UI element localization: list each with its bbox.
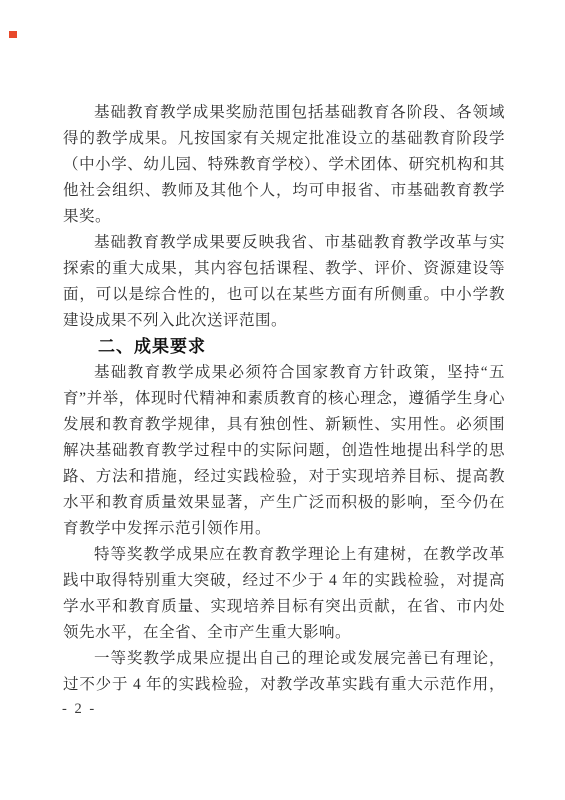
text-line: 探索的重大成果，其内容包括课程、教学、评价、资源建设等方 bbox=[63, 256, 505, 282]
text-line: 得的教学成果。凡按国家有关规定批准设立的基础教育阶段学校 bbox=[63, 126, 505, 152]
text-line: 学水平和教育质量、实现培养目标有突出贡献，在省、市内处于 bbox=[63, 594, 505, 620]
text-line: 解决基础教育教学过程中的实际问题，创造性地提出科学的思 bbox=[63, 438, 505, 464]
text-line: 特等奖教学成果应在教育教学理论上有建树，在教学改革实 bbox=[63, 542, 505, 568]
text-line: 建设成果不列入此次送评范围。 bbox=[63, 308, 505, 334]
text-line: 路、方法和措施，经过实践检验，对于实现培养目标、提高教学 bbox=[63, 464, 505, 490]
text-line: 领先水平，在全省、全市产生重大影响。 bbox=[63, 620, 505, 646]
document-page: 基础教育教学成果奖励范围包括基础教育各阶段、各领域取 得的教学成果。凡按国家有关… bbox=[0, 0, 565, 800]
text-block: 基础教育教学成果奖励范围包括基础教育各阶段、各领域取 得的教学成果。凡按国家有关… bbox=[63, 100, 505, 698]
text-line: （中小学、幼儿园、特殊教育学校）、学术团体、研究机构和其 bbox=[63, 152, 505, 178]
text-line: 果奖。 bbox=[63, 204, 505, 230]
text-line: 基础教育教学成果奖励范围包括基础教育各阶段、各领域取 bbox=[63, 100, 505, 126]
text-line: 育”并举，体现时代精神和素质教育的核心理念，遵循学生身心 bbox=[63, 386, 505, 412]
page-number: - 2 - bbox=[62, 701, 96, 718]
text-line: 面，可以是综合性的，也可以在某些方面有所侧重。中小学教材 bbox=[63, 282, 505, 308]
red-corner-mark bbox=[9, 31, 17, 38]
text-line: 基础教育教学成果必须符合国家教育方针政策，坚持“五 bbox=[63, 360, 505, 386]
text-line: 基础教育教学成果要反映我省、市基础教育教学改革与实践 bbox=[63, 230, 505, 256]
text-line: 发展和教育教学规律，具有独创性、新颖性、实用性。必须围绕 bbox=[63, 412, 505, 438]
text-line: 水平和教育质量效果显著，产生广泛而积极的影响，至今仍在教 bbox=[63, 490, 505, 516]
section-heading: 二、成果要求 bbox=[63, 334, 505, 360]
text-line: 践中取得特别重大突破，经过不少于 4 年的实践检验，对提高教 bbox=[63, 568, 505, 594]
text-line: 育教学中发挥示范引领作用。 bbox=[63, 516, 505, 542]
text-line: 一等奖教学成果应提出自己的理论或发展完善已有理论，经 bbox=[63, 646, 505, 672]
text-line: 过不少于 4 年的实践检验，对教学改革实践有重大示范作用，对 bbox=[63, 672, 505, 698]
text-line: 他社会组织、教师及其他个人，均可申报省、市基础教育教学成 bbox=[63, 178, 505, 204]
